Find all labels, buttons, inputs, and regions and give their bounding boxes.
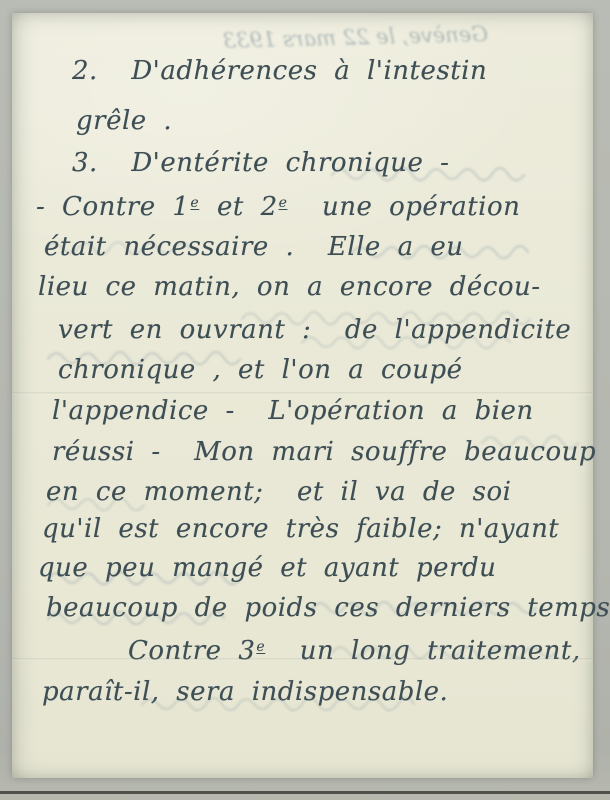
scan-edge-line: [0, 791, 610, 794]
ordinal-suffix: e: [279, 195, 288, 211]
handwritten-line-6: lieu ce matin, on a encore décou-: [38, 270, 541, 304]
handwritten-line-11: en ce moment; et il va de soi: [46, 475, 512, 509]
scanned-letter: Genève, le 22 mars 1933 2. D'adhérences …: [0, 0, 610, 800]
handwritten-line-7: vert en ouvrant : de l'appendicite: [58, 313, 571, 347]
handwritten-line-1: 2. D'adhérences à l'intestin: [72, 54, 487, 88]
handwritten-line-10: réussi - Mon mari souffre beaucoup: [52, 435, 596, 469]
handwritten-line-16: paraît-il, sera indispensable.: [42, 675, 448, 709]
handwritten-line-3: 3. D'entérite chronique -: [72, 146, 449, 180]
line-15-segment: Contre 3: [128, 636, 255, 666]
ordinal-suffix: e: [256, 639, 265, 655]
handwritten-line-4: - Contre 1e et 2e une opération: [36, 190, 520, 224]
handwritten-line-8: chronique , et l'on a coupé: [58, 353, 463, 387]
handwritten-line-5: était nécessaire . Elle a eu: [44, 230, 463, 264]
handwritten-line-13: que peu mangé et ayant perdu: [38, 551, 496, 585]
handwritten-line-15: Contre 3e un long traitement,: [128, 634, 581, 668]
handwritten-line-12: qu'il est encore très faible; n'ayant: [42, 512, 559, 546]
line-4-segment: - Contre 1: [36, 192, 189, 222]
line-15-segment: un long traitement,: [266, 636, 580, 666]
handwritten-line-14: beaucoup de poids ces derniers temps.: [46, 591, 610, 625]
ordinal-suffix: e: [190, 195, 199, 211]
line-4-segment: et 2: [200, 192, 277, 222]
line-4-segment: une opération: [288, 192, 520, 222]
handwritten-line-2: grêle .: [76, 104, 172, 138]
handwritten-line-9: l'appendice - L'opération a bien: [52, 394, 534, 428]
